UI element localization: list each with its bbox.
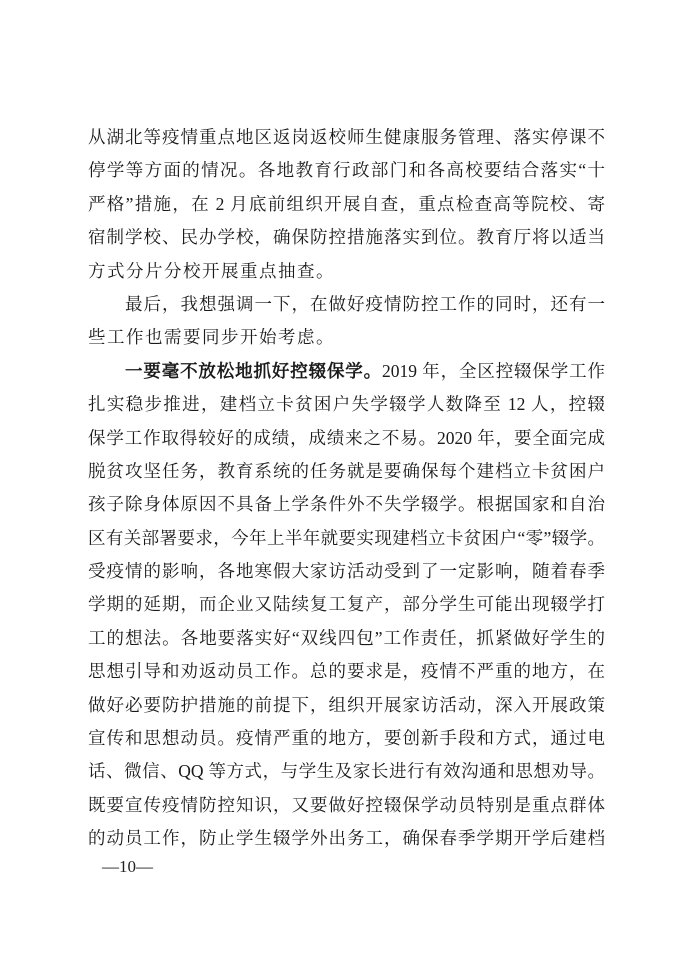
text-segment: 脱贫攻坚任务，教育系统的任务就是要确保每个建档立卡贫困户 [88, 461, 605, 481]
text-segment: 方式分片分校开展重点抽查。 [88, 261, 335, 281]
text-line: 从湖北等疫情重点地区返岗返校师生健康服务管理、落实停课不 [88, 121, 605, 154]
text-line: 工的想法。各地要落实好“双线四包”工作责任，抓紧做好学生的 [88, 622, 605, 655]
text-segment: 严格”措施，在 2 月底前组织开展自查，重点检查高等院校、寄 [88, 194, 605, 214]
page-number: —10— [102, 856, 153, 878]
text-line: 扎实稳步推进，建档立卡贫困户失学辍学人数降至 12 人，控辍 [88, 388, 605, 421]
text-line: 宿制学校、民办学校，确保防控措施落实到位。教育厅将以适当 [88, 221, 605, 254]
text-line: 的动员工作，防止学生辍学外出务工，确保春季学期开学后建档 [88, 822, 605, 855]
text-segment: 思想引导和劝返动员工作。总的要求是，疫情不严重的地方，在 [88, 661, 605, 681]
text-segment: 学期的延期，而企业又陆续复工复产，部分学生可能出现辍学打 [88, 594, 605, 614]
text-segment: 话、微信、QQ 等方式，与学生及家长进行有效沟通和思想劝导。 [88, 761, 605, 781]
text-segment: 保学工作取得较好的成绩，成绩来之不易。2020 年，要全面完成 [88, 428, 605, 448]
text-segment: 孩子除身体原因不具备上学条件外不失学辍学。根据国家和自治 [88, 494, 605, 514]
text-line: 些工作也需要同步开始考虑。 [88, 321, 605, 354]
text-segment: 工的想法。各地要落实好“双线四包”工作责任，抓紧做好学生的 [88, 628, 605, 648]
text-segment: 从湖北等疫情重点地区返岗返校师生健康服务管理、落实停课不 [88, 127, 605, 147]
text-segment: 停学等方面的情况。各地教育行政部门和各高校要结合落实“十 [88, 160, 605, 180]
text-line: 保学工作取得较好的成绩，成绩来之不易。2020 年，要全面完成 [88, 422, 605, 455]
text-segment: 些工作也需要同步开始考虑。 [88, 327, 335, 347]
text-line: 话、微信、QQ 等方式，与学生及家长进行有效沟通和思想劝导。 [88, 755, 605, 788]
text-line: 方式分片分校开展重点抽查。 [88, 255, 605, 288]
text-segment: 扎实稳步推进，建档立卡贫困户失学辍学人数降至 12 人，控辍 [88, 394, 605, 414]
text-line: 思想引导和劝返动员工作。总的要求是，疫情不严重的地方，在 [88, 655, 605, 688]
text-line: 既要宣传疫情防控知识，又要做好控辍保学动员特别是重点群体 [88, 789, 605, 822]
document-page: 从湖北等疫情重点地区返岗返校师生健康服务管理、落实停课不停学等方面的情况。各地教… [0, 0, 680, 961]
text-segment: 既要宣传疫情防控知识，又要做好控辍保学动员特别是重点群体 [88, 795, 605, 815]
text-segment: 做好必要防护措施的前提下，组织开展家访活动，深入开展政策 [88, 695, 605, 715]
text-line: 区有关部署要求，今年上半年就要实现建档立卡贫困户“零”辍学。 [88, 522, 605, 555]
text-line: 脱贫攻坚任务，教育系统的任务就是要确保每个建档立卡贫困户 [88, 455, 605, 488]
text-segment: 宣传和思想动员。疫情严重的地方，要创新手段和方式，通过电 [88, 728, 605, 748]
text-segment: 受疫情的影响，各地寒假大家访活动受到了一定影响，随着春季 [88, 561, 605, 581]
text-segment: 最后，我想强调一下，在做好疫情防控工作的同时，还有一 [125, 294, 605, 314]
text-line: 最后，我想强调一下，在做好疫情防控工作的同时，还有一 [88, 288, 605, 321]
text-segment: 区有关部署要求，今年上半年就要实现建档立卡贫困户“零”辍学。 [88, 528, 605, 548]
text-segment: 2019 年，全区控辍保学工作 [382, 361, 605, 381]
text-segment: 的动员工作，防止学生辍学外出务工，确保春季学期开学后建档 [88, 828, 605, 848]
text-line: 一要毫不放松地抓好控辍保学。2019 年，全区控辍保学工作 [88, 355, 605, 388]
text-line: 孩子除身体原因不具备上学条件外不失学辍学。根据国家和自治 [88, 488, 605, 521]
text-line: 受疫情的影响，各地寒假大家访活动受到了一定影响，随着春季 [88, 555, 605, 588]
bold-heading-segment: 一要毫不放松地抓好控辍保学。 [125, 361, 382, 381]
text-segment: 宿制学校、民办学校，确保防控措施落实到位。教育厅将以适当 [88, 227, 605, 247]
text-line: 严格”措施，在 2 月底前组织开展自查，重点检查高等院校、寄 [88, 188, 605, 221]
document-body: 从湖北等疫情重点地区返岗返校师生健康服务管理、落实停课不停学等方面的情况。各地教… [88, 121, 605, 856]
text-line: 学期的延期，而企业又陆续复工复产，部分学生可能出现辍学打 [88, 588, 605, 621]
text-line: 宣传和思想动员。疫情严重的地方，要创新手段和方式，通过电 [88, 722, 605, 755]
text-line: 停学等方面的情况。各地教育行政部门和各高校要结合落实“十 [88, 154, 605, 187]
text-line: 做好必要防护措施的前提下，组织开展家访活动，深入开展政策 [88, 689, 605, 722]
